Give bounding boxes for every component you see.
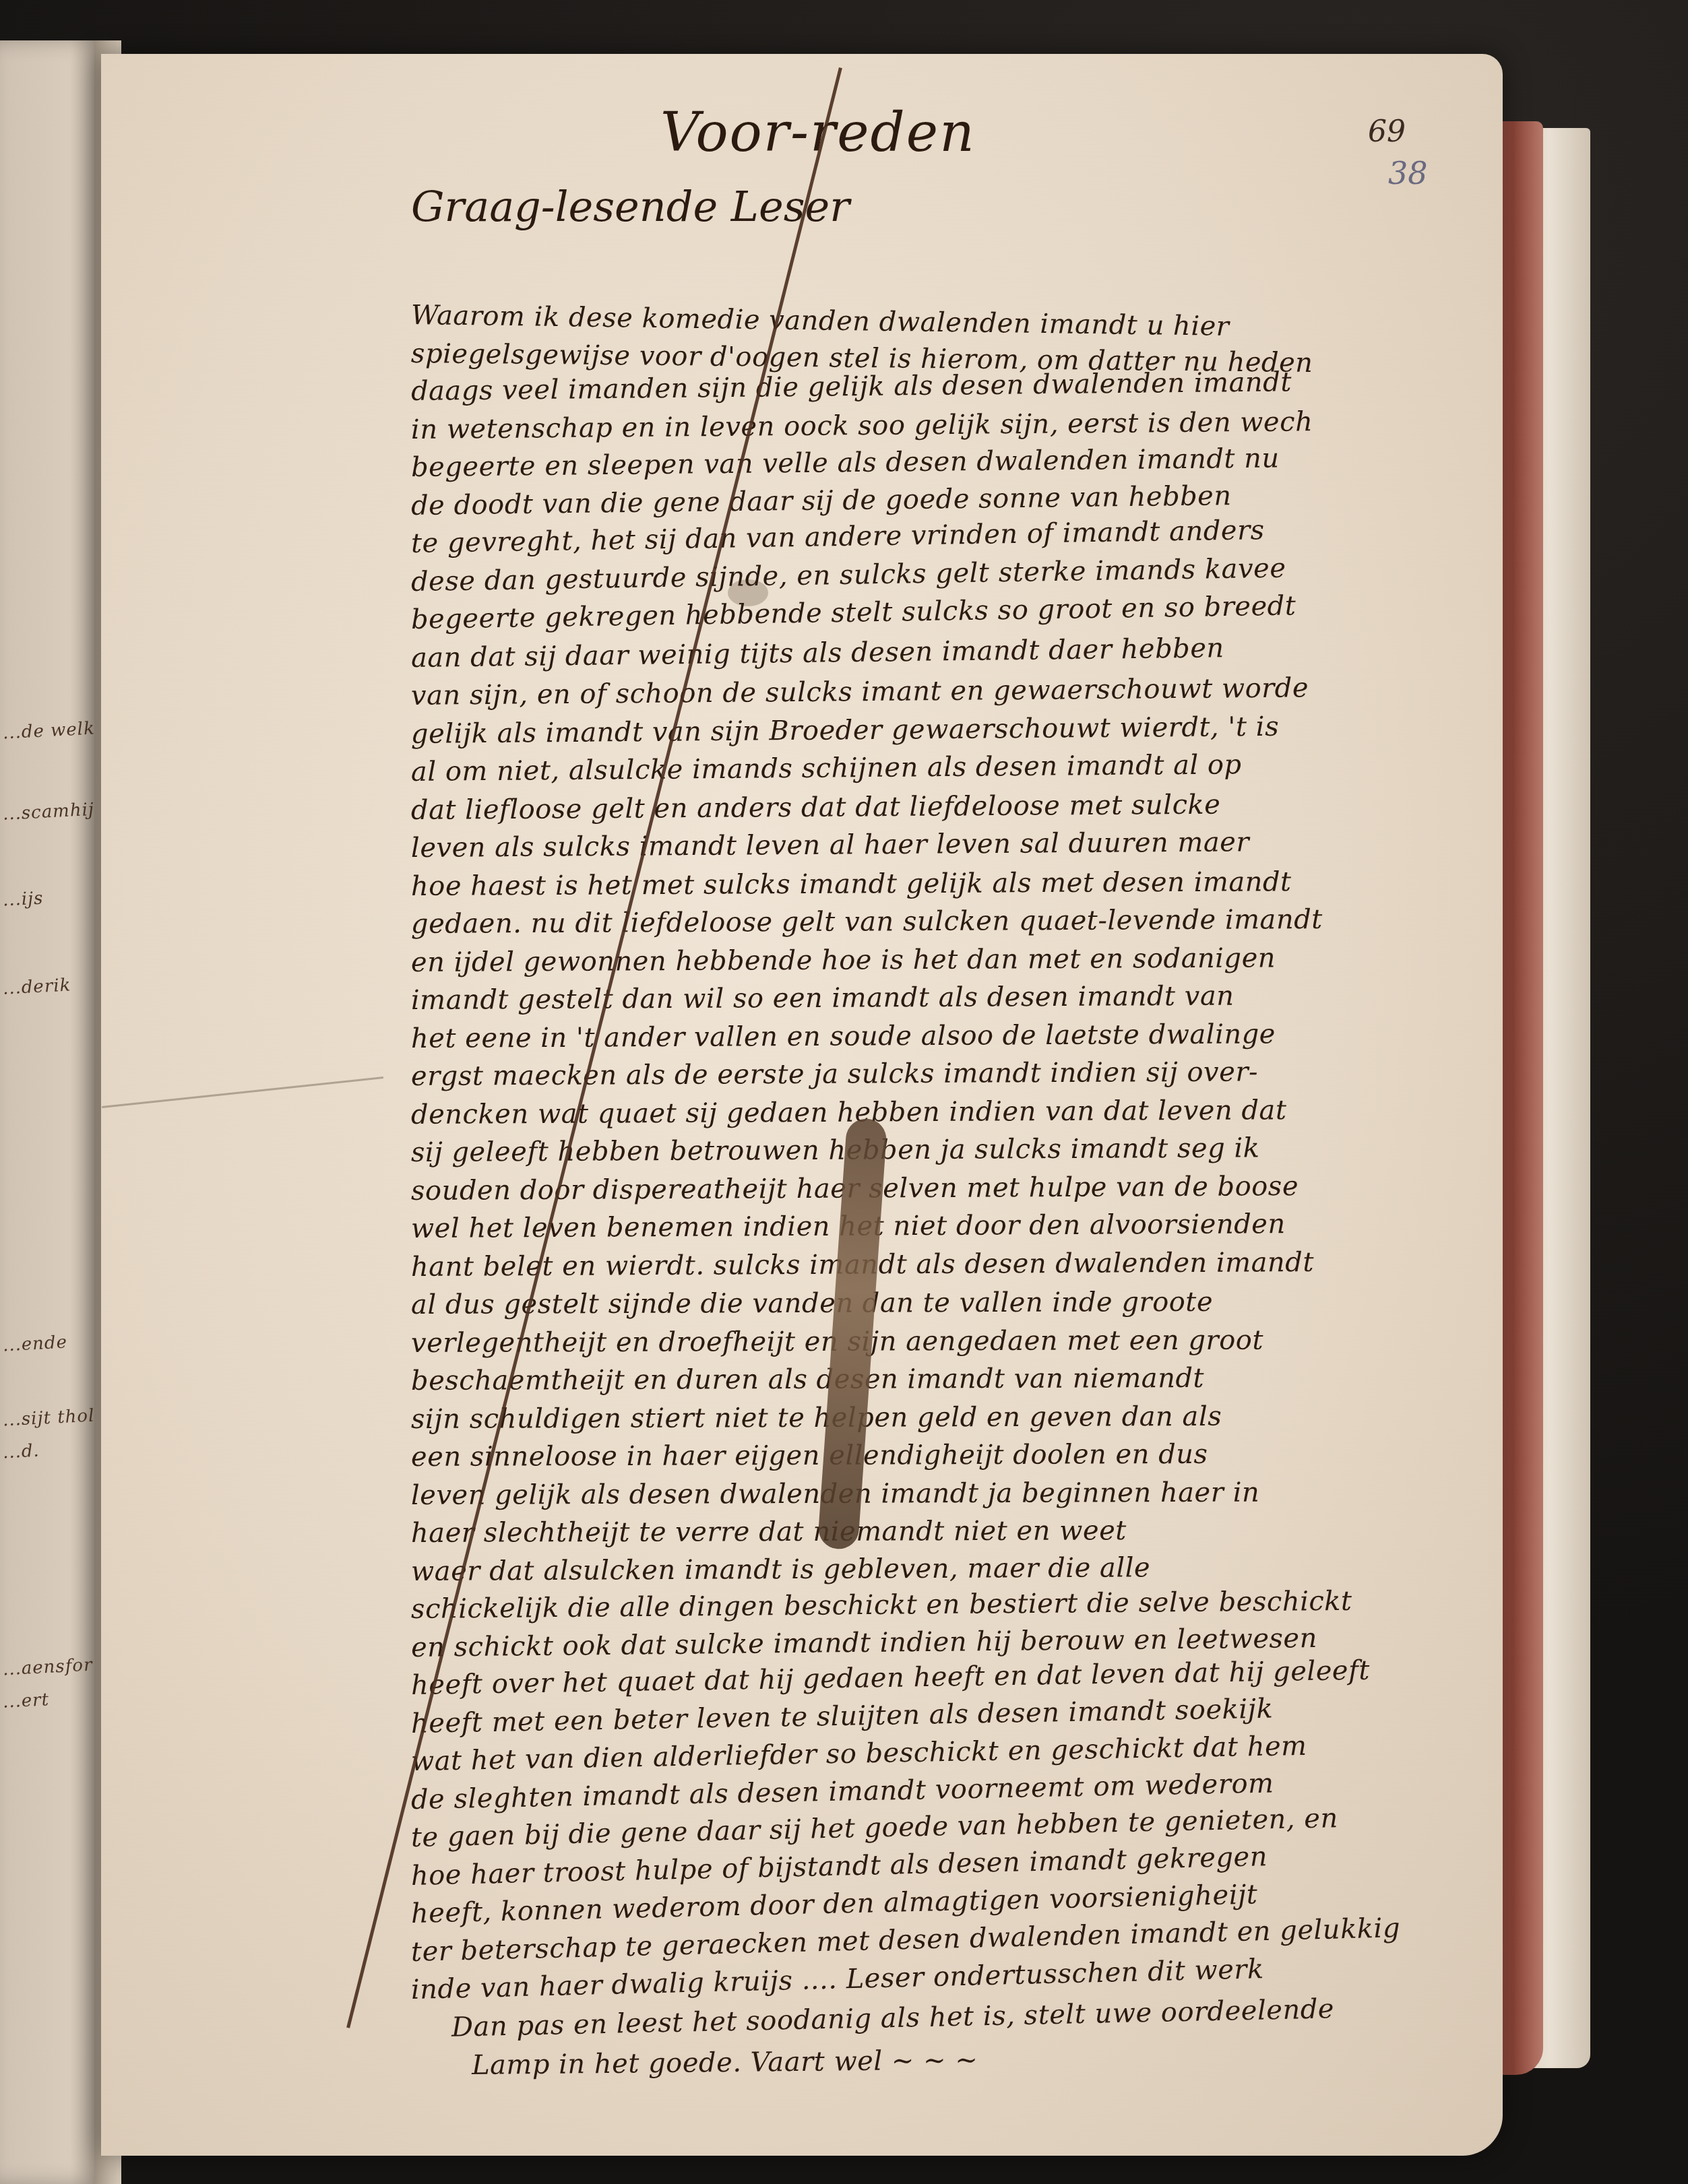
margin-note: ...ijs: [2, 888, 44, 910]
manuscript-body: Waarom ik dese komedie vanden dwalenden …: [411, 296, 1516, 2086]
folio-number-ink: 69: [1368, 115, 1406, 149]
text-line: en ijdel gewonnen hebbende hoe is het da…: [411, 938, 1516, 982]
text-line: ergst maecken als de eerste ja sulcks im…: [411, 1052, 1516, 1095]
text-line: sij geleeft hebben betrouwen hebben ja s…: [411, 1128, 1516, 1171]
text-line: leven als sulcks imandt leven al haer le…: [411, 822, 1516, 868]
text-line: hant belet en wierdt. sulcks imandt als …: [411, 1242, 1516, 1286]
margin-note: ...aensfor: [2, 1655, 93, 1680]
text-line: hoe haest is het met sulcks imandt gelij…: [411, 862, 1516, 905]
text-line: een sinneloose in haer eijgen ellendighe…: [411, 1434, 1516, 1476]
text-line: leven gelijk als desen dwalenden imandt …: [411, 1473, 1516, 1514]
text-line: beschaemtheijt en duren als desen imandt…: [411, 1358, 1516, 1400]
folio-number-pencil: 38: [1388, 155, 1428, 191]
margin-note: ...derik: [2, 975, 71, 998]
margin-note: ...sijt thol: [2, 1405, 95, 1430]
text-line: gedaen. nu dit liefdeloose gelt van sulc…: [411, 899, 1516, 943]
left-facing-page: ...de welk ...scamhijt ...ijs ...derik .…: [0, 40, 101, 2184]
margin-note: ...scamhijt: [2, 799, 102, 825]
margin-note: ...ende: [2, 1332, 67, 1356]
text-line: wel het leven benemen indien het niet do…: [411, 1204, 1516, 1248]
text-line: al dus gestelt sijnde die vanden dan te …: [411, 1282, 1516, 1324]
text-line: verlegentheijt en droefheijt en sijn aen…: [411, 1320, 1516, 1362]
text-line: het eene in 't ander vallen en soude als…: [411, 1014, 1516, 1058]
text-line: haer slechtheijt te verre dat niemandt n…: [411, 1510, 1516, 1552]
text-line: sijn schuldigen stiert niet te helpen ge…: [411, 1396, 1516, 1438]
margin-note: ...d.: [2, 1441, 40, 1463]
salutation: Graag-lesende Leser: [411, 182, 850, 231]
text-line: imandt gestelt dan wil so een imandt als…: [411, 975, 1516, 1019]
margin-note: ...ert: [2, 1690, 50, 1712]
margin-note: ...de welk: [2, 718, 95, 743]
text-line: souden door dispereatheijt haer selven m…: [411, 1166, 1516, 1210]
